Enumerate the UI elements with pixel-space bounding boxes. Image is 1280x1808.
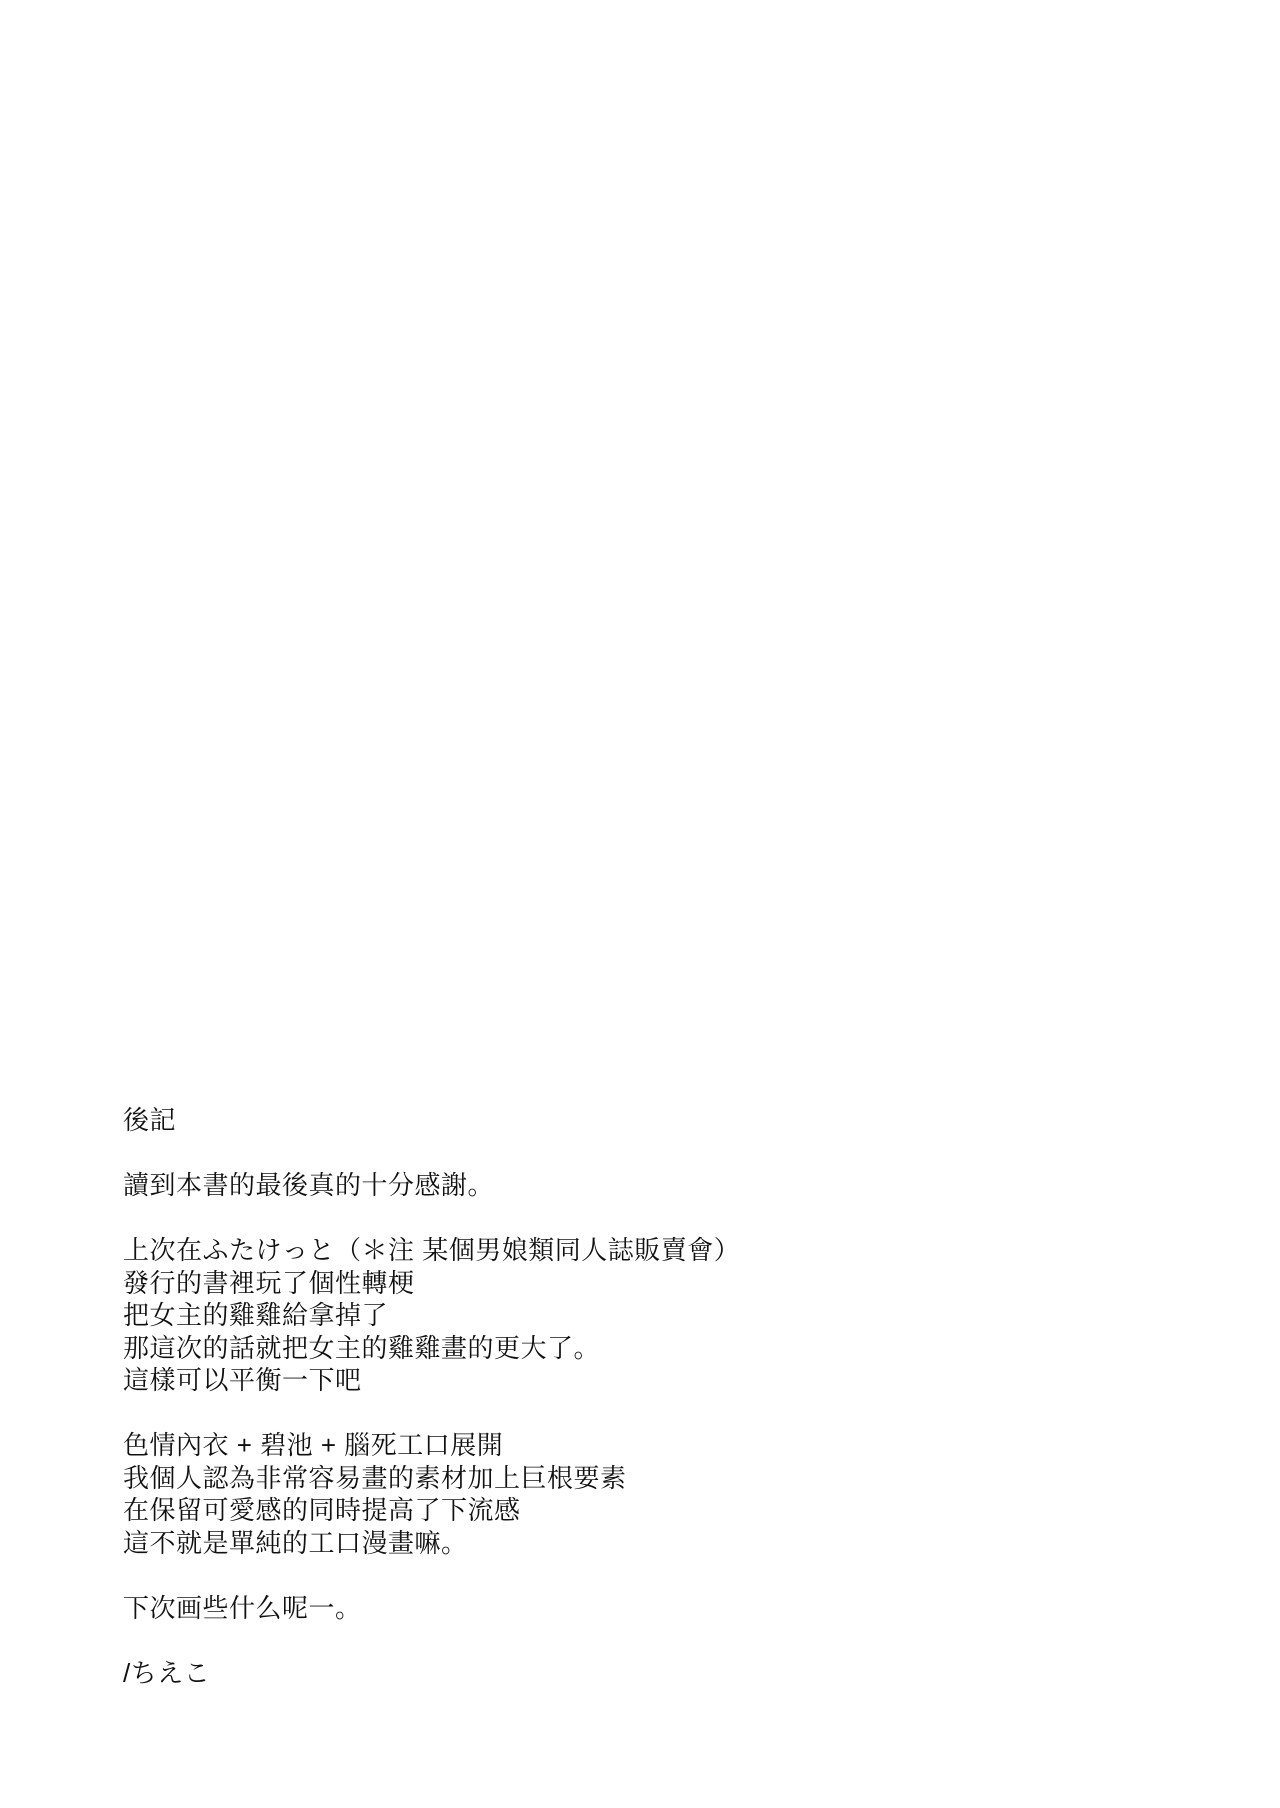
afterword-paragraph-concept: 色情內衣 + 碧池 + 腦死工口展開 我個人認為非常容易畫的素材加上巨根要素 在… — [123, 1429, 1203, 1559]
afterword-title: 後記 — [123, 1104, 1203, 1137]
afterword-page: 後記 讀到本書的最後真的十分感謝。 上次在ふたけっと（＊注 某個男娘類同人誌販賣… — [0, 0, 1280, 1808]
afterword-paragraph-thanks: 讀到本書的最後真的十分感謝。 — [123, 1169, 1203, 1202]
afterword-text-block: 後記 讀到本書的最後真的十分感謝。 上次在ふたけっと（＊注 某個男娘類同人誌販賣… — [123, 1104, 1203, 1689]
afterword-paragraph-next-work: 下次画些什么呢一。 — [123, 1592, 1203, 1625]
author-signature: /ちえこ — [123, 1657, 1203, 1690]
afterword-paragraph-previous-book: 上次在ふたけっと（＊注 某個男娘類同人誌販賣會） 發行的書裡玩了個性轉梗 把女主… — [123, 1234, 1203, 1397]
